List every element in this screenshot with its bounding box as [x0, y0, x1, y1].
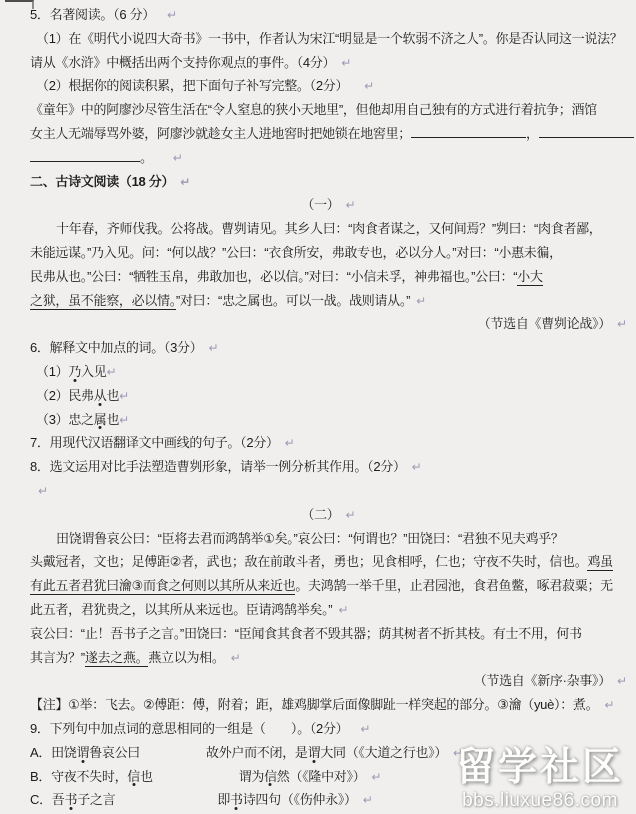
- dotted-text: 书: [65, 792, 78, 807]
- paragraph-mark-icon: ↵: [617, 317, 627, 331]
- paragraph-mark-icon: ↵: [338, 603, 348, 617]
- paragraph-mark-icon: ↵: [119, 389, 129, 403]
- text-run: 【注】①举：飞去。②傅距：傅，附着；距，雄鸡脚掌后面像脚趾一样突起的部分。③瀹（…: [30, 697, 598, 712]
- doc-line: （2）民弗从也↵: [30, 384, 627, 408]
- text-run: 头戴冠者，文也；足傅距②者，武也；敌在前敢斗者，勇也；见食相呼，仁也；守夜不失时…: [30, 554, 587, 569]
- doc-line: 哀公曰：“止！吾书子之言。”田饶曰：“臣闻食其食者不毁其器；荫其树者不折其枝。有…: [30, 622, 627, 646]
- doc-line: 二、古诗文阅读（18 分）↵: [30, 170, 627, 194]
- doc-line: 9．下列句中加点词的意思相同的一组是（ ）。（2分）↵: [30, 717, 627, 741]
- paragraph-mark-icon: ↵: [346, 508, 356, 522]
- doc-line: A．田饶谓鲁哀公曰故外户而不闭，是谓大同（《大道之行也》）↵: [30, 741, 627, 765]
- doc-line: 7．用现代汉语翻译文中画线的句子。（2分）↵: [30, 431, 627, 455]
- text-run: 然（《隆中对》）: [277, 769, 366, 784]
- text-run: 9．下列句中加点词的意思相同的一组是（ ）。（2分）: [30, 721, 348, 736]
- text-run: 女主人无端辱骂外婆，阿廖沙就趁女主人进地窖时把她锁在地窖里；: [30, 126, 411, 141]
- text-run: 二、古诗文阅读（18 分）: [30, 174, 174, 189]
- paragraph-mark-icon: ↵: [341, 56, 351, 70]
- doc-line: 十年春，齐师伐我。公将战。曹刿请见。其乡人曰：“肉食者谋之，又何间焉？”刿曰：“…: [30, 217, 627, 241]
- doc-line: 此五者，君犹贵之，以其所从来远也。臣请鸿鹄举矣。”↵: [30, 598, 627, 622]
- doc-line: 女主人无端辱骂外婆，阿廖沙就趁女主人进地窖时把她锁在地窖里；，: [30, 122, 627, 146]
- paragraph-mark-icon: ↵: [364, 79, 374, 93]
- answer-blank: [539, 124, 634, 138]
- text-run: ”对曰：“忠之属也。可以一战。战则请从。”: [176, 293, 410, 308]
- text-run: （1）: [36, 364, 68, 379]
- doc-line: （1）乃入见↵: [30, 360, 627, 384]
- doc-line: 5．名著阅读。（6 分）↵: [30, 3, 627, 27]
- underlined-text: 小大: [517, 269, 542, 286]
- text-run: （3）忠之: [36, 412, 94, 427]
- paragraph-mark-icon: ↵: [167, 8, 177, 22]
- text-run: 即: [217, 792, 230, 807]
- paragraph-mark-icon: ↵: [180, 175, 190, 189]
- dotted-text: 从: [94, 388, 107, 403]
- doc-line: 《童年》中的阿廖沙尽管生活在“令人窒息的狭小天地里”，但他却用自己独有的方式进行…: [30, 98, 627, 122]
- doc-line: 请从《水浒》中概括出两个支持你观点的事件。（4分）↵: [30, 51, 627, 75]
- text-run: A．田饶: [30, 745, 76, 760]
- text-run: 哀公曰：“止！吾书子之言。”田饶曰：“臣闻食其食者不毁其器；荫其树者不折其枝。有…: [30, 626, 582, 641]
- doc-line: B．守夜不失时，信也谓为信然（《隆中对》）↵: [30, 765, 627, 789]
- text-run: 谓为: [239, 769, 264, 784]
- doc-line: 6．解释文中加点的词。（3分）↵: [30, 336, 627, 360]
- text-run: （二）: [301, 507, 339, 522]
- text-run: 此五者，君犹贵之，以其所从来远也。臣请鸿鹄举矣。”: [30, 602, 332, 617]
- text-run: 民弗从也。”公曰：“牺牲玉帛，弗敢加也，必以信。”对曰：“小信未孚，神弗福也。”…: [30, 269, 517, 284]
- text-run: C．吾: [30, 792, 65, 807]
- text-run: 7．用现代汉语翻译文中画线的句子。（2分）: [30, 435, 279, 450]
- text-run: 8．选文运用对比手法塑造曹刿形象，请举一例分析其作用。（2分）: [30, 459, 406, 474]
- text-run: 诗四句（《伤仲永》）: [243, 792, 357, 807]
- text-run: （2）根据你的阅读积累，把下面句子补写完整。（2分）: [36, 78, 348, 93]
- text-run: （一）: [301, 197, 339, 212]
- text-run: B．守夜不失时，: [30, 769, 127, 784]
- paragraph-mark-icon: ↵: [346, 198, 356, 212]
- text-run: 入见: [81, 364, 106, 379]
- doc-line: 【注】①举：飞去。②傅距：傅，附着；距，雄鸡脚掌后面像脚趾一样突起的部分。③瀹（…: [30, 693, 627, 717]
- doc-line: 头戴冠者，文也；足傅距②者，武也；敌在前敢斗者，勇也；见食相呼，仁也；守夜不失时…: [30, 550, 627, 574]
- text-run: ，: [526, 126, 539, 141]
- paragraph-mark-icon: ↵: [285, 436, 295, 450]
- doc-line: 田饶谓鲁哀公曰：“臣将去君而鸿鹄举①矣。”哀公曰：“何谓也？”田饶曰：“君独不见…: [30, 527, 627, 551]
- underlined-text: 有此五者君犹曰瀹③而食之何则以其所从来近也: [30, 578, 295, 595]
- text-run: 田饶谓鲁哀公曰：“臣将去君而鸿鹄举①矣。”哀公曰：“何谓也？”田饶曰：“君独不见…: [56, 531, 564, 546]
- text-run: （2）民弗: [36, 388, 94, 403]
- text-run: 未能远谋。”乃入见。问：“何以战？”公曰：“衣食所安，弗敢专也，必以分人。”对曰…: [30, 245, 562, 260]
- paragraph-mark-icon: ↵: [119, 413, 129, 427]
- doc-line: （3）忠之属也↵: [30, 408, 627, 432]
- paragraph-mark-icon: ↵: [604, 698, 614, 712]
- doc-line: 有此五者君犹曰瀹③而食之何则以其所从来近也。夫鸿鹄一举千里，止君园池，食君鱼鳖，…: [30, 574, 627, 598]
- text-run: 6．解释文中加点的词。（3分）: [30, 340, 202, 355]
- text-run: 其言为？”: [30, 650, 85, 665]
- text-run: 燕立以为相。: [148, 650, 224, 665]
- doc-line: 。↵: [30, 146, 627, 170]
- dotted-text: 属: [94, 412, 107, 427]
- underlined-text: 之狱，虽不能察，必以情。: [30, 293, 176, 310]
- paragraph-mark-icon: ↵: [416, 294, 426, 308]
- doc-line: 民弗从也。”公曰：“牺牲玉帛，弗敢加也，必以信。”对曰：“小信未孚，神弗福也。”…: [30, 265, 627, 289]
- paragraph-mark-icon: ↵: [208, 341, 218, 355]
- underlined-text: 鸡虽: [587, 554, 612, 571]
- doc-line: （2）根据你的阅读积累，把下面句子补写完整。（2分）↵: [30, 74, 627, 98]
- doc-line: （1）在《明代小说四大奇书》一书中，作者认为宋江“明显是一个软弱不济之人”。你是…: [30, 27, 627, 51]
- text-run: 。夫鸿鹄一举千里，止君园池，食君鱼鳖，啄君菽粟；无: [295, 578, 613, 593]
- text-run: 请从《水浒》中概括出两个支持你观点的事件。（4分）: [30, 55, 335, 70]
- doc-line: 之狱，虽不能察，必以情。”对曰：“忠之属也。可以一战。战则请从。”↵: [30, 289, 627, 313]
- paragraph-mark-icon: ↵: [453, 746, 463, 760]
- text-run: 鲁哀公曰: [89, 745, 140, 760]
- dotted-text: 乃: [68, 364, 81, 379]
- doc-line: （一）↵: [30, 193, 627, 217]
- text-run: 。: [140, 150, 153, 165]
- text-run: （节选自《曹刿论战》）: [478, 316, 611, 331]
- paragraph-mark-icon: ↵: [617, 674, 627, 688]
- paragraph-mark-icon: ↵: [231, 651, 241, 665]
- text-run: 也: [106, 388, 119, 403]
- text-run: （1）在《明代小说四大奇书》一书中，作者认为宋江“明显是一个软弱不济之人”。你是…: [36, 31, 623, 46]
- doc-line: （节选自《新序·杂事》）↵: [30, 669, 627, 693]
- dotted-text: 谓: [308, 745, 321, 760]
- doc-line: 8．选文运用对比手法塑造曹刿形象，请举一例分析其作用。（2分）↵: [30, 455, 627, 479]
- answer-blank: [411, 124, 526, 138]
- text-run: 十年春，齐师伐我。公将战。曹刿请见。其乡人曰：“肉食者谋之，又何间焉？”刿曰：“…: [56, 221, 602, 236]
- text-run: 也: [140, 769, 153, 784]
- paragraph-mark-icon: ↵: [173, 151, 183, 165]
- dotted-text: 谓: [76, 745, 89, 760]
- answer-blank: [30, 148, 140, 162]
- paragraph-mark-icon: ↵: [363, 793, 373, 807]
- text-run: 子之言: [77, 792, 115, 807]
- dotted-text: 书: [230, 792, 243, 807]
- doc-line: 未能远谋。”乃入见。问：“何以战？”公曰：“衣食所安，弗敢专也，必以分人。”对曰…: [30, 241, 627, 265]
- dotted-text: 信: [264, 769, 277, 784]
- exam-document: 5．名著阅读。（6 分）↵（1）在《明代小说四大奇书》一书中，作者认为宋江“明显…: [0, 3, 636, 812]
- paragraph-mark-icon: ↵: [360, 722, 370, 736]
- text-run: 也: [106, 412, 119, 427]
- text-run: 《童年》中的阿廖沙尽管生活在“令人窒息的狭小天地里”，但他却用自己独有的方式进行…: [30, 102, 597, 117]
- text-run: 大同（《大道之行也》）: [320, 745, 447, 760]
- dotted-text: 信: [127, 769, 140, 784]
- doc-line: 其言为？”遂去之燕。燕立以为相。↵: [30, 646, 627, 670]
- paragraph-mark-icon: ↵: [371, 770, 381, 784]
- text-run: 故外户而不闭，是: [206, 745, 308, 760]
- paragraph-mark-icon: ↵: [38, 484, 48, 498]
- doc-line: （节选自《曹刿论战》）↵: [30, 312, 627, 336]
- text-run: （节选自《新序·杂事》）: [474, 673, 611, 688]
- doc-line: C．吾书子之言即书诗四句（《伤仲永》）↵: [30, 788, 627, 812]
- doc-line: ↵: [30, 479, 627, 503]
- paragraph-mark-icon: ↵: [106, 365, 116, 379]
- doc-line: （二）↵: [30, 503, 627, 527]
- paragraph-mark-icon: ↵: [412, 460, 422, 474]
- underlined-text: 遂去之燕。: [85, 650, 149, 667]
- text-run: 5．名著阅读。（6 分）: [30, 7, 155, 22]
